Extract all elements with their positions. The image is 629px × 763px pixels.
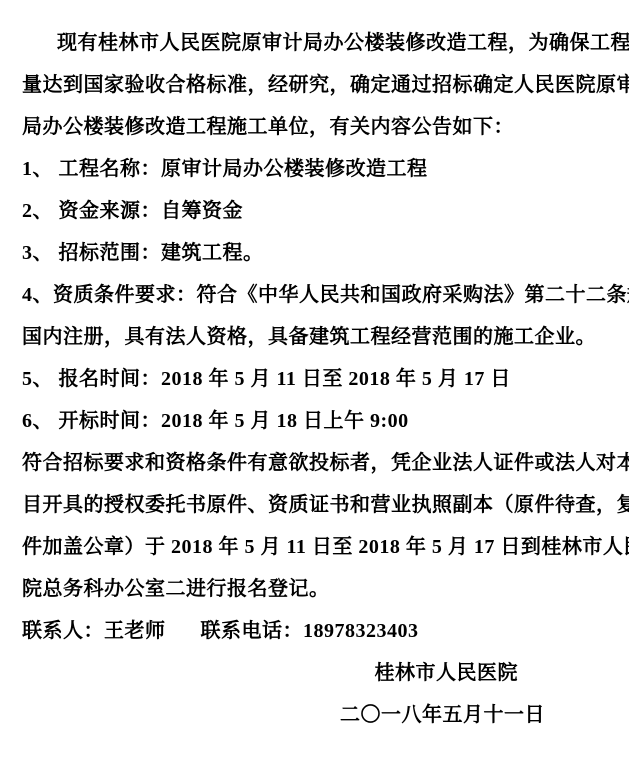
signature-date: 二〇一八年五月十一日: [22, 691, 604, 733]
item-2-funding-source: 2、 资金来源：自筹资金: [22, 187, 604, 229]
item-5-registration-time: 5、 报名时间：2018 年 5 月 11 日至 2018 年 5 月 17 日: [22, 355, 604, 397]
item-4-qualification-line-1: 4、资质条件要求：符合《中华人民共和国政府采购法》第二十二条规定，: [22, 271, 604, 313]
intro-line-1: 现有桂林市人民医院原审计局办公楼装修改造工程，为确保工程质: [22, 19, 604, 61]
registration-line-1: 符合招标要求和资格条件有意欲投标者，凭企业法人证件或法人对本项: [22, 439, 604, 481]
item-4-qualification-line-2: 国内注册，具有法人资格，具备建筑工程经营范围的施工企业。: [22, 313, 604, 355]
item-6-bid-opening-time: 6、 开标时间：2018 年 5 月 18 日上午 9:00: [22, 397, 604, 439]
item-3-bidding-scope: 3、 招标范围：建筑工程。: [22, 229, 604, 271]
contact-person: 联系人：王老师: [22, 614, 166, 643]
intro-line-3: 局办公楼装修改造工程施工单位，有关内容公告如下：: [22, 103, 604, 145]
registration-line-2: 目开具的授权委托书原件、资质证书和营业执照副本（原件待查，复印: [22, 481, 604, 523]
page: 现有桂林市人民医院原审计局办公楼装修改造工程，为确保工程质 量达到国家验收合格标…: [0, 0, 629, 763]
signature-date-text: 二〇一八年五月十一日: [340, 698, 545, 727]
contact-line: 联系人：王老师 联系电话：18978323403: [22, 607, 604, 649]
registration-line-4: 院总务科办公室二进行报名登记。: [22, 565, 604, 607]
signature-organization: 桂林市人民医院: [22, 649, 604, 691]
announcement-document: 现有桂林市人民医院原审计局办公楼装修改造工程，为确保工程质 量达到国家验收合格标…: [0, 0, 629, 763]
contact-phone: 联系电话：18978323403: [201, 614, 419, 643]
intro-line-2: 量达到国家验收合格标准，经研究，确定通过招标确定人民医院原审计: [22, 61, 604, 103]
signature-organization-text: 桂林市人民医院: [375, 656, 519, 685]
registration-line-3: 件加盖公章）于 2018 年 5 月 11 日至 2018 年 5 月 17 日…: [22, 523, 604, 565]
item-1-project-name: 1、 工程名称：原审计局办公楼装修改造工程: [22, 145, 604, 187]
